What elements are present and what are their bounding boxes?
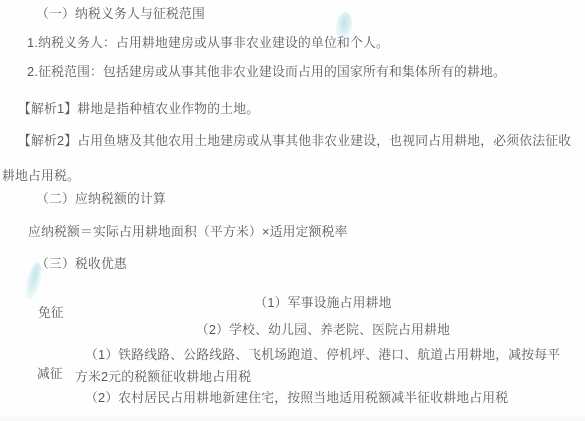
exempt-row-label: 免征 [38, 306, 64, 321]
reduced-item-transport: （1）铁路线路、公路线路、飞机场跑道、停机坪、港口、航道占用耕地，减按每平方米2… [75, 344, 571, 387]
analysis-note-2: 【解析2】占用鱼塘及其他农用土地建房或从事其他非农业建设，也视同占用耕地，必须依… [2, 123, 584, 193]
reduced-row-label: 减征 [37, 367, 63, 382]
exempt-item-schools: （2）学校、幼儿园、养老院、医院占用耕地 [75, 317, 571, 344]
notes-page: （一）纳税义务人与征税范围 1.纳税义务人：占用耕地建房或从事非农业建设的单位和… [0, 0, 585, 421]
reduced-item-rural-housing: （2）农村居民占用耕地新建住宅，按照当地适用税额减半征收耕地占用税 [75, 387, 571, 409]
taxpayer-definition-text: 1.纳税义务人：占用耕地建房或从事非农业建设的单位和个人。 [27, 36, 389, 51]
tax-formula-text: 应纳税额＝实际占用耕地面积（平方米）×适用定额税率 [28, 225, 348, 240]
section2-heading: （二）应纳税额的计算 [36, 192, 166, 207]
tax-scope-text: 2.征税范围：包括建房或从事其他非农业建设而占用的国家所有和集体所有的耕地。 [27, 65, 506, 80]
analysis-note-1: 【解析1】耕地是指种植农业作物的土地。 [18, 102, 259, 117]
exempt-items: （1）军事设施占用耕地 （2）学校、幼儿园、养老院、医院占用耕地 [75, 290, 571, 343]
exempt-item-military: （1）军事设施占用耕地 [75, 290, 571, 317]
page-bottom-shade [0, 415, 585, 421]
section1-heading: （一）纳税义务人与征税范围 [36, 7, 205, 22]
reduced-items: （1）铁路线路、公路线路、飞机场跑道、停机坪、港口、航道占用耕地，减按每平方米2… [75, 344, 571, 409]
section3-heading: （三）税收优惠 [36, 257, 127, 272]
